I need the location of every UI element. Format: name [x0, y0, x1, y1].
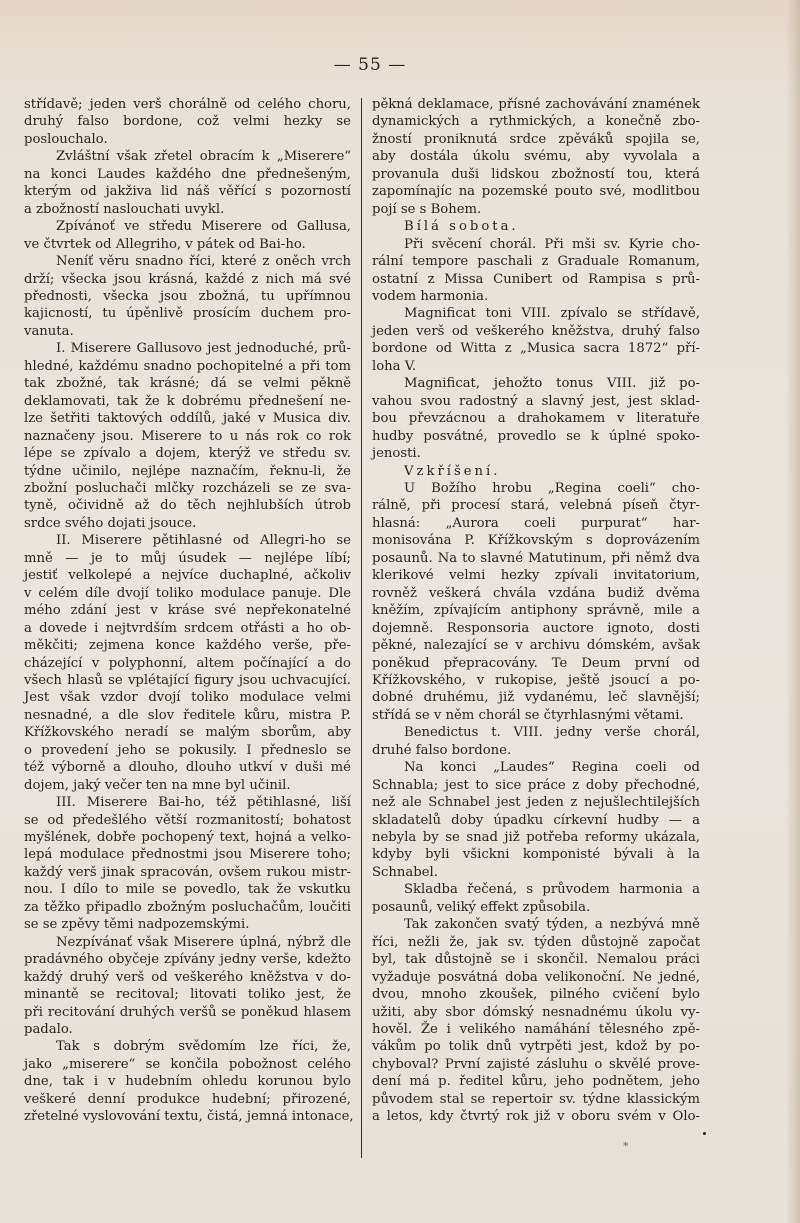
text-line: kněžím, zpívajícím antiphony správně, mi… [372, 602, 700, 619]
text-line: dynamických a rythmických, a konečně zbo… [372, 113, 700, 130]
text-line: jestiť velkolepé a nejvíce duchaplné, ač… [24, 567, 351, 584]
text-line: Schnabel. [372, 864, 700, 881]
text-line: dne, tak i v hudebním ohledu korunou byl… [24, 1073, 351, 1090]
column-divider [361, 98, 362, 1158]
text-line: hledné, každému snadno pochopitelné a př… [24, 358, 351, 375]
text-line: byl, tak důstojně se i skončil. Nemalou … [372, 951, 700, 968]
text-line: zbožní posluchači mlčky rozcházeli se ze… [24, 480, 351, 497]
text-line: Neníť věru snadno říci, které z oněch vr… [24, 253, 351, 270]
text-line: lze šetřiti taktových oddílů, jaké v Mus… [24, 410, 351, 427]
text-line: hlasná: „Aurora coeli purpurat“ har- [372, 515, 700, 532]
text-line: hověl. Že i velikého namáhání tělesného … [372, 1021, 700, 1038]
text-line: na konci Laudes každého dne přednešeným, [24, 166, 351, 183]
text-line: než ale Schnabel jest jeden z nejušlecht… [372, 794, 700, 811]
text-line: cházející v polyphonní, altem počínající… [24, 655, 351, 672]
text-line: Magnificat, jehožto tonus VIII. již po- [372, 375, 700, 392]
text-line: žností proniknutá srdce zpěváků spojila … [372, 131, 700, 148]
text-line: střídá se v něm chorál se čtyrhlasnými v… [372, 707, 700, 724]
text-line: druhý falso bordone, což velmi hezky se [24, 113, 351, 130]
text-line: dobné druhému, již vydanému, leč slavněj… [372, 689, 700, 706]
text-line: ostatní z Missa Cunibert od Rampisa s pr… [372, 271, 700, 288]
page-number: — 55 — [320, 55, 420, 75]
text-line: bou převzácnou a drahokamem v literatuře [372, 410, 700, 427]
text-line: kdyby byli všickni komponisté bývali à l… [372, 846, 700, 863]
text-line: Schnabla; jest to sice práce z doby přec… [372, 777, 700, 794]
text-line: Na konci „Laudes“ Regina coeli od [372, 759, 700, 776]
text-line: skladatelů doby úpadku církevní hudby — … [372, 812, 700, 829]
text-line: a zbožností naslouchati uvykl. [24, 201, 351, 218]
text-line: padalo. [24, 1021, 351, 1038]
text-line: užiti, aby sbor dómský nesnadnému úkolu … [372, 1004, 700, 1021]
book-page: — 55 — střídavě; jeden verš chorálně od … [0, 0, 800, 1223]
text-line: a dovede i nejtvrdším srdcem otřásti a h… [24, 620, 351, 637]
text-line: III. Miserere Bai-ho, též pětihlasné, li… [24, 794, 351, 811]
text-line: též výborně a dlouho, dlouho utkví v duš… [24, 759, 351, 776]
text-line: vanuta. [24, 323, 351, 340]
text-line: Tak zakončen svatý týden, a nezbývá mně [372, 916, 700, 933]
text-line: Jest však vzdor dvojí toliko modulace ve… [24, 689, 351, 706]
text-line: každý verš jinak spracován, ovšem rukou … [24, 864, 351, 881]
text-line: v celém díle dvojí toliko modulace panuj… [24, 585, 351, 602]
text-line: o provedení jeho se pokusily. I přednesl… [24, 742, 351, 759]
text-line: veškeré denní produkce hudební; přirozen… [24, 1091, 351, 1108]
text-line: II. Miserere pětihlasné od Allegri-ho se [24, 532, 351, 549]
text-line: kterým od jakživa lid náš věřící s pozor… [24, 183, 351, 200]
text-line: při recitování druhých veršů se poněkud … [24, 1004, 351, 1021]
text-line: říci, nežli že, jak sv. týden důstojně z… [372, 934, 700, 951]
text-line: se se zpěvy těmi nadpozemskými. [24, 916, 351, 933]
text-line: srdce svého dojati jsouce. [24, 515, 351, 532]
text-line: Vzkříšení. [372, 463, 700, 480]
text-line: zapomínajíc na pozemské pouto své, modli… [372, 183, 700, 200]
text-line: pěkná deklamace, přísné zachovávání znam… [372, 96, 700, 113]
text-line: rálně, při procesí stará, velebná píseň … [372, 497, 700, 514]
text-line: Benedictus t. VIII. jedny verše chorál, [372, 724, 700, 741]
text-line: Křížkovského, v rukopise, ještě jsoucí a… [372, 672, 700, 689]
ink-dot [703, 1132, 706, 1135]
text-line: dojem, jaký večer ten na mne byl učinil. [24, 777, 351, 794]
text-line: U Božího hrobu „Regina coeli“ cho- [372, 480, 700, 497]
text-line: Při svěcení chorál. Při mši sv. Kyrie ch… [372, 236, 700, 253]
text-line: jeden verš od veškerého kněžstva, druhý … [372, 323, 700, 340]
text-line: lepá modulace přednostmi jsou Miserere t… [24, 846, 351, 863]
page-edge-shadow [786, 0, 800, 1223]
text-line: dojemně. Responsoria auctore ignoto, dos… [372, 620, 700, 637]
text-line: tak zbožné, tak krásné; dá se velmi pěkn… [24, 375, 351, 392]
text-line: zřetelné vyslovování textu, čistá, jemná… [24, 1108, 351, 1125]
text-line: mně — je to můj úsudek — nejlépe líbí; [24, 550, 351, 567]
text-line: všech hlasů se vplétající figury jsou uc… [24, 672, 351, 689]
footer-asterisk: * [623, 1140, 629, 1153]
text-line: dení má p. ředitel kůru, jeho podnětem, … [372, 1073, 700, 1090]
text-line: každý druhý verš od veškerého kněžstva v… [24, 969, 351, 986]
text-line: vyžaduje posvátná doba velikonoční. Ne j… [372, 969, 700, 986]
text-line: rální tempore paschali z Graduale Romanu… [372, 253, 700, 270]
text-line: lépe se zpívalo a dojem, kterýž ve střed… [24, 445, 351, 462]
left-column-text: střídavě; jeden verš chorálně od celého … [24, 96, 351, 1126]
text-line: mého zdání jest v kráse své nepřekonatel… [24, 602, 351, 619]
text-line: týdne učinilo, nejlépe naznačím, řeknu-l… [24, 463, 351, 480]
text-line: Nezpívánať však Miserere úplná, nýbrž dl… [24, 934, 351, 951]
text-line: monisována P. Křížkovským s doprovázením [372, 532, 700, 549]
text-line: posaunů, veliký effekt způsobila. [372, 899, 700, 916]
text-line: myšlének, dobře pochopený text, hojná a … [24, 829, 351, 846]
text-line: aby dostála úkolu svému, aby vyvolala a [372, 148, 700, 165]
text-line: provanula duši lidskou zbožností tou, kt… [372, 166, 700, 183]
text-line: Zpívánoť ve středu Miserere od Gallusa, [24, 218, 351, 235]
text-line: poněkud přepracovány. Te Deum první od [372, 655, 700, 672]
text-line: vahou svou radostný a slavný jest, jest … [372, 393, 700, 410]
text-line: posaunů. Na to slavné Matutinum, při něm… [372, 550, 700, 567]
text-line: Bílá sobota. [372, 218, 700, 235]
text-line: pradávného obyčeje zpívány jedny verše, … [24, 951, 351, 968]
text-line: hudby posvátné, provedlo se k úplné spok… [372, 428, 700, 445]
text-line: loha V. [372, 358, 700, 375]
text-line: jako „miserere“ se končila pobožnost cel… [24, 1056, 351, 1073]
text-line: za těžko připadlo zbožným posluchačům, l… [24, 899, 351, 916]
text-line: nesnadné, a dle slov ředitele kůru, mist… [24, 707, 351, 724]
text-line: dvou, mnoho zkoušek, pilného cvičení byl… [372, 986, 700, 1003]
text-line: Magnificat toni VIII. zpívalo se střídav… [372, 305, 700, 322]
text-line: minantě se recitoval; litovati toliko je… [24, 986, 351, 1003]
text-line: druhé falso bordone. [372, 742, 700, 759]
text-line: původem stal se repertoir sv. týdne klas… [372, 1091, 700, 1108]
text-line: I. Miserere Gallusovo jest jednoduché, p… [24, 340, 351, 357]
text-line: klerikové velmi hezky zpívali invitatori… [372, 567, 700, 584]
text-line: vodem harmonia. [372, 288, 700, 305]
text-line: bordone od Witta z „Musica sacra 1872“ p… [372, 340, 700, 357]
text-line: měkčiti; zejmena konce každého verše, př… [24, 637, 351, 654]
text-line: jenosti. [372, 445, 700, 462]
text-line: kajicností, tu úpěnlivě prosícím duchem … [24, 305, 351, 322]
text-line: Zvláštní však zřetel obracím k „Miserere… [24, 148, 351, 165]
text-line: tyně, očividně až do těch nejhlubších út… [24, 497, 351, 514]
text-line: vákům po tolik dnů vytrpěti jest, kdož b… [372, 1038, 700, 1055]
text-line: drží; všecka jsou krásná, každé z nich m… [24, 271, 351, 288]
text-line: deklamovati, tak že k dobrému přednešení… [24, 393, 351, 410]
text-line: rovněž veškerá chvála vzdána budiž dvěma [372, 585, 700, 602]
text-line: a letos, kdy čtvrtý rok již v oboru svém… [372, 1108, 700, 1125]
text-line: chyboval? První zajisté zásluhu o skvělé… [372, 1056, 700, 1073]
text-line: se od předešlého větší rozmanitostí; boh… [24, 812, 351, 829]
text-line: poslouchalo. [24, 131, 351, 148]
text-line: naznačeny jsou. Miserere to u nás rok co… [24, 428, 351, 445]
text-line: pěkné, nalezající se v archivu dómském, … [372, 637, 700, 654]
text-line: Křížkovského neradí se malým sborům, aby [24, 724, 351, 741]
text-line: střídavě; jeden verš chorálně od celého … [24, 96, 351, 113]
text-line: Tak s dobrým svědomím lze říci, že, [24, 1038, 351, 1055]
right-column-text: pěkná deklamace, přísné zachovávání znam… [372, 96, 700, 1126]
text-line: nebyla by se snad již potřeba reformy uk… [372, 829, 700, 846]
text-line: Skladba řečená, s průvodem harmonia a [372, 881, 700, 898]
text-line: pojí se s Bohem. [372, 201, 700, 218]
text-line: nou. I dílo to mile se povedlo, tak že v… [24, 881, 351, 898]
text-line: ve čtvrtek od Allegriho, v pátek od Bai-… [24, 236, 351, 253]
text-line: přednosti, všecka jsou zbožná, tu upřímn… [24, 288, 351, 305]
